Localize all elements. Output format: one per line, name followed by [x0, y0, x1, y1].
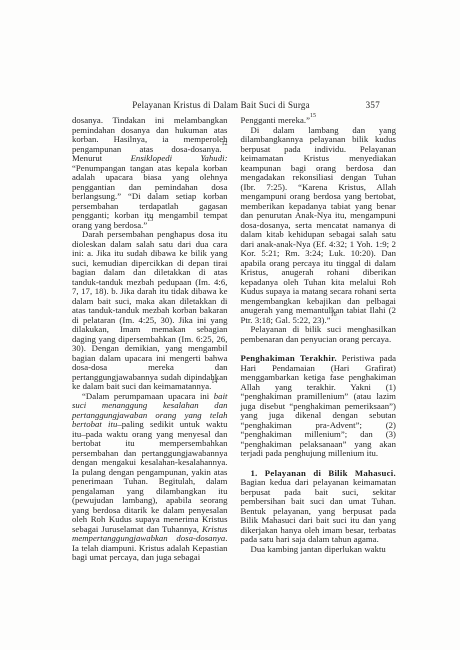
paragraph: Darah persembahan penghapus dosa itu dio… [72, 230, 228, 392]
footnote-reference: 13 [147, 217, 153, 223]
footnote-reference: 16 [331, 312, 337, 318]
running-head-title: Pelayanan Kristus di Dalam Bait Suci di … [72, 99, 396, 111]
text-column-right: Pengganti mereka.”15Di dalam lambang dan… [241, 116, 397, 563]
two-column-text-block: dosanya. Tindakan ini melambangkan pemin… [72, 116, 396, 563]
paragraph: Penghakiman Terakhir. Peristiwa pada Har… [241, 354, 397, 459]
paragraph: dosanya. Tindakan ini melambangkan pemin… [72, 116, 228, 230]
text-run: Pengganti mereka.” [241, 115, 311, 125]
text-run: Dua kambing jantan diperlukan waktu [251, 544, 386, 554]
paragraph: Di dalam lambang dan yang dilambangkanny… [241, 126, 397, 326]
text-run: 1. Pelayanan di Bilik Mahasuci. [251, 468, 397, 478]
text-run: Di dalam lambang dan yang dilambangkanny… [241, 125, 397, 325]
text-run: Bagian kedua dari pelayanan keimamatan b… [241, 477, 397, 544]
paragraph: Dua kambing jantan diperlukan waktu [241, 545, 397, 555]
text-run: Peristiwa pada Hari Pendamaian (Hari Gra… [241, 353, 397, 458]
text-run: Menurut [72, 153, 131, 163]
text-run: Darah persembahan penghapus dosa itu dio… [72, 229, 228, 391]
footnote-reference: 12 [222, 141, 228, 147]
running-head: Pelayanan Kristus di Dalam Bait Suci di … [72, 99, 396, 113]
paragraph: 1. Pelayanan di Bilik Mahasuci. Bagian k… [241, 469, 397, 545]
footnote-reference: 15 [310, 113, 316, 119]
text-run: Ensiklopedi Yahudi: [131, 153, 228, 163]
footnote-reference: 14 [211, 379, 217, 385]
paragraph: Pelayanan di bilik suci menghasilkan pem… [241, 325, 397, 344]
page-number: 357 [366, 99, 380, 111]
text-column-left: dosanya. Tindakan ini melambangkan pemin… [72, 116, 228, 563]
text-run: dosanya. Tindakan ini melambangkan pemin… [72, 115, 228, 154]
text-run: –paling sedikit untuk waktu itu–pada wak… [72, 419, 228, 534]
text-run: Pelayanan di bilik suci menghasilkan pem… [241, 324, 397, 344]
text-run: “Dalam perumpamaan upacara ini [82, 391, 214, 401]
paragraph: “Dalam perumpamaan upacara ini bait suci… [72, 392, 228, 563]
scanned-book-page: Pelayanan Kristus di Dalam Bait Suci di … [0, 0, 460, 650]
text-run: Penghakiman Terakhir. [241, 353, 337, 363]
